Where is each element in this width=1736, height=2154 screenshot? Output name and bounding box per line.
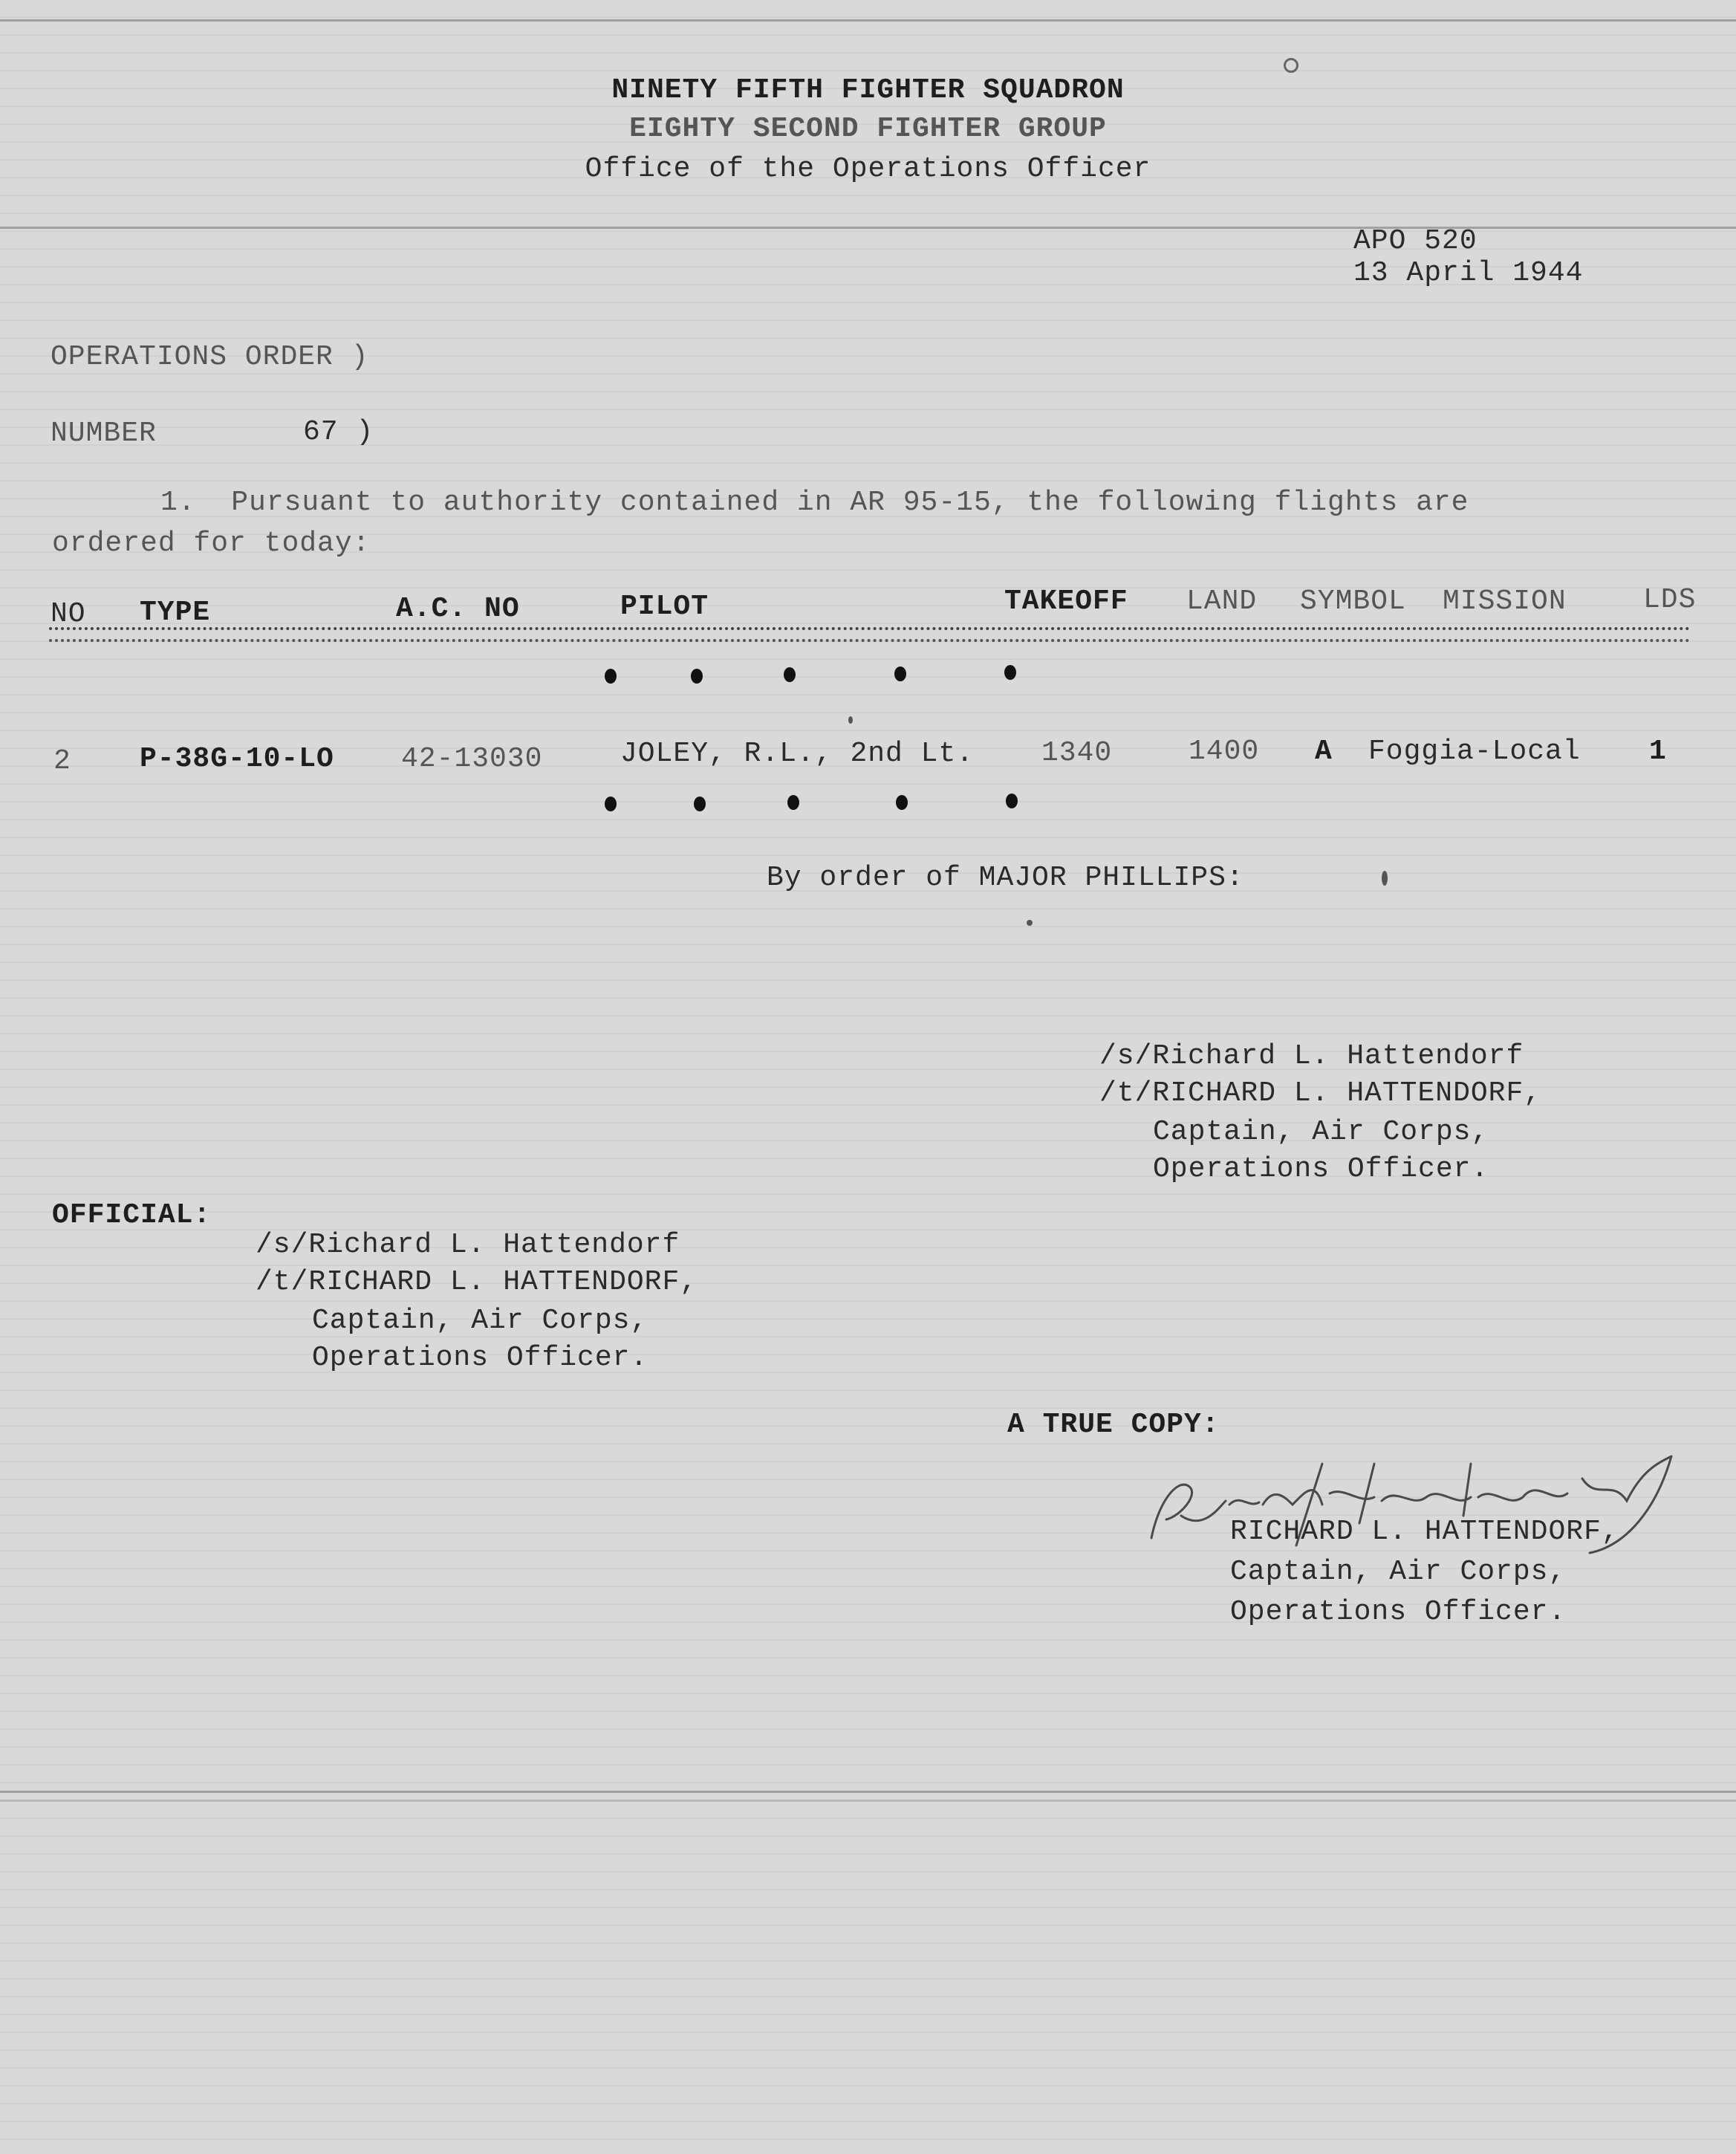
cell-no: 2 xyxy=(53,745,71,777)
official-typed: /t/RICHARD L. HATTENDORF, xyxy=(256,1266,698,1298)
order-title: OPERATIONS ORDER ) xyxy=(51,341,368,373)
paragraph-line-2: ordered for today: xyxy=(52,528,370,559)
bullet-dot xyxy=(787,795,799,810)
header-pilot: PILOT xyxy=(620,591,709,623)
cell-symbol: A xyxy=(1315,736,1333,768)
bullet-dot xyxy=(1004,665,1016,680)
header-lds: LDS xyxy=(1643,584,1696,616)
sig1-typed: /t/RICHARD L. HATTENDORF, xyxy=(1099,1077,1541,1109)
true-copy-rank: Captain, Air Corps, xyxy=(1230,1556,1566,1588)
apo-number: APO 520 xyxy=(1353,225,1477,257)
official-signed: /s/Richard L. Hattendorf xyxy=(256,1229,680,1261)
sig1-signed: /s/Richard L. Hattendorf xyxy=(1099,1040,1524,1072)
bullet-dot xyxy=(691,669,703,684)
order-number-label: NUMBER xyxy=(51,418,157,450)
scan-rule xyxy=(0,1800,1736,1802)
cell-land: 1400 xyxy=(1189,736,1259,768)
cell-takeoff: 1340 xyxy=(1041,737,1112,769)
speck xyxy=(1382,871,1388,886)
header-takeoff: TAKEOFF xyxy=(1004,585,1128,617)
paragraph-line-1: 1. Pursuant to authority contained in AR… xyxy=(160,487,1469,519)
header-no: NO xyxy=(51,598,86,630)
letterhead-office: Office of the Operations Officer xyxy=(0,153,1736,185)
header-symbol: SYMBOL xyxy=(1300,585,1406,617)
header-ac-no: A.C. NO xyxy=(396,593,520,625)
header-mission: MISSION xyxy=(1443,585,1567,617)
true-copy-typed: RICHARD L. HATTENDORF, xyxy=(1230,1516,1619,1548)
official-rank: Captain, Air Corps, xyxy=(312,1305,648,1337)
cell-mission: Foggia-Local xyxy=(1368,736,1581,768)
scan-rule xyxy=(0,1791,1736,1793)
cell-ac-no: 42-13030 xyxy=(401,743,542,775)
sig1-rank: Captain, Air Corps, xyxy=(1153,1116,1489,1148)
letterhead-squadron: NINETY FIFTH FIGHTER SQUADRON xyxy=(0,74,1736,106)
bullet-dot xyxy=(1006,794,1018,808)
sig1-title: Operations Officer. xyxy=(1153,1153,1489,1185)
bullet-dot xyxy=(694,797,706,811)
bullet-dot xyxy=(605,797,617,811)
true-copy-title: Operations Officer. xyxy=(1230,1596,1566,1628)
header-double-underline xyxy=(49,627,1691,642)
cell-pilot: JOLEY, R.L., 2nd Lt. xyxy=(620,738,974,770)
official-title: Operations Officer. xyxy=(312,1342,648,1374)
bullet-dot xyxy=(784,667,796,682)
by-order-line: By order of MAJOR PHILLIPS: xyxy=(767,862,1244,894)
order-date: 13 April 1944 xyxy=(1353,257,1583,289)
cell-lds: 1 xyxy=(1649,736,1667,768)
header-type: TYPE xyxy=(140,597,210,629)
speck xyxy=(848,716,853,724)
speck xyxy=(1027,920,1033,926)
scan-rule xyxy=(0,19,1736,22)
bullet-dot xyxy=(896,795,908,810)
cell-type: P-38G-10-LO xyxy=(140,743,334,775)
letterhead-group: EIGHTY SECOND FIGHTER GROUP xyxy=(0,113,1736,145)
bullet-dot xyxy=(605,669,617,684)
header-land: LAND xyxy=(1186,585,1257,617)
official-label: OFFICIAL: xyxy=(52,1199,211,1231)
bullet-dot xyxy=(894,666,906,681)
speck xyxy=(1284,58,1298,73)
order-number-value: 67 ) xyxy=(303,416,374,448)
